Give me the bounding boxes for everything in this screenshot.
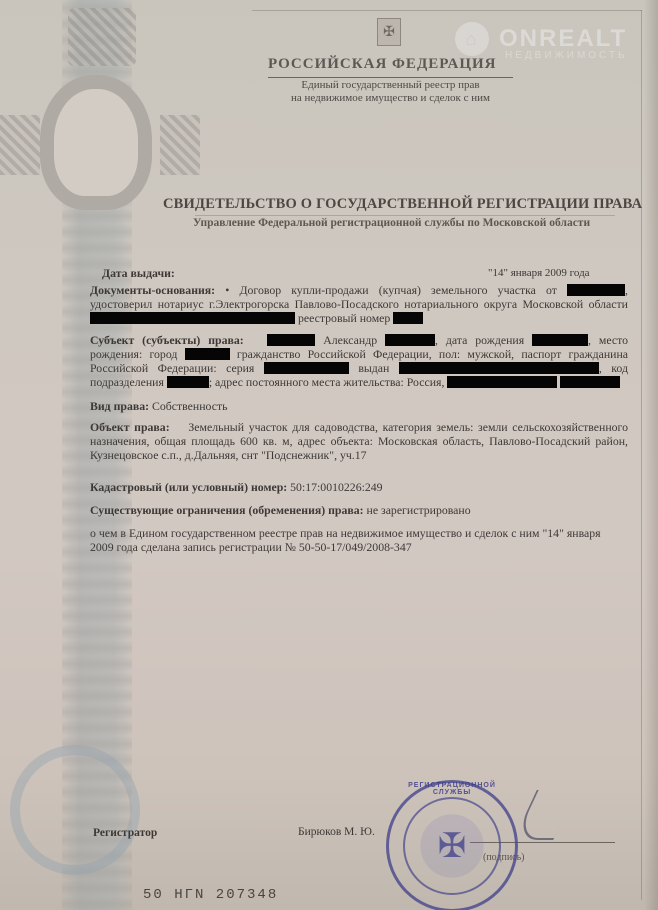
ornament-cartouche <box>40 75 152 210</box>
object-label: Объект права: <box>90 420 170 434</box>
subject-name: Александр <box>323 333 377 347</box>
redacted-block <box>393 312 423 324</box>
record-row: о чем в Едином государственном реестре п… <box>90 526 610 554</box>
frame-top-line <box>252 10 642 11</box>
right-type-value: Собственность <box>152 399 228 413</box>
documents-row: Документы-основания: • Договор купли-про… <box>90 283 628 326</box>
redacted-block <box>567 284 625 296</box>
redacted-block <box>185 348 230 360</box>
registry-line-2: на недвижимое имущество и сделок с ним <box>268 92 513 105</box>
cadastral-row: Кадастровый (или условный) номер: 50:17:… <box>90 480 628 494</box>
handwritten-signature <box>513 790 576 840</box>
record-text: о чем в Едином государственном реестре п… <box>90 526 601 554</box>
right-type-row: Вид права: Собственность <box>90 399 628 413</box>
registrar-label: Регистратор <box>93 827 157 839</box>
eagle-seal-icon: ✠ <box>438 826 467 866</box>
issue-date-value: "14" января 2009 года <box>488 266 590 280</box>
object-row: Объект права: Земельный участок для садо… <box>90 420 628 463</box>
redacted-block <box>560 376 620 388</box>
watermark-brand: ONREALT <box>499 25 627 53</box>
documents-text-4: реестровый номер <box>298 311 390 325</box>
encumbrance-value: не зарегистрировано <box>367 503 471 517</box>
ornament-right <box>160 115 200 175</box>
object-value: Земельный участок для садоводства, катег… <box>90 420 628 462</box>
house-drop-icon: ⌂ <box>455 22 489 56</box>
issue-date-row: Дата выдачи: "14" января 2009 года <box>90 266 628 280</box>
subject-issued-by: выдан <box>358 361 389 375</box>
stamp-text: РЕГИСТРАЦИОННОЙ СЛУЖБЫ <box>389 782 515 796</box>
redacted-block <box>385 334 435 346</box>
double-headed-eagle-icon: ✠ <box>377 18 401 46</box>
ornament-crown <box>68 8 136 66</box>
country-title: РОССИЙСКАЯ ФЕДЕРАЦИЯ <box>268 56 497 73</box>
subject-label: Субъект (субъекты) права: <box>90 333 244 347</box>
certificate-divider <box>195 215 615 216</box>
documents-text-1: • Договор купли-продажи (купчая) земельн… <box>225 283 557 297</box>
encumbrance-label: Существующие ограничения (обременения) п… <box>90 503 364 517</box>
serial-number: 50 НГN 207348 <box>143 887 278 903</box>
frame-right-line <box>641 10 642 900</box>
documents-text-3: области <box>589 297 628 311</box>
ornament-bottom-ring <box>10 745 140 875</box>
right-type-label: Вид права: <box>90 399 149 413</box>
redacted-block <box>399 362 599 374</box>
issue-date-label: Дата выдачи: <box>102 266 175 280</box>
encumbrance-row: Существующие ограничения (обременения) п… <box>90 503 628 517</box>
redacted-block <box>532 334 588 346</box>
stamp-inner-ring: ✠ <box>403 797 501 895</box>
certificate-issuer: Управление Федеральной регистрационной с… <box>193 217 590 229</box>
redacted-block <box>167 376 209 388</box>
official-stamp: РЕГИСТРАЦИОННОЙ СЛУЖБЫ ✠ <box>386 780 518 910</box>
redacted-block <box>264 362 349 374</box>
redacted-block <box>90 312 295 324</box>
subject-address: ; адрес постоянного места жительства: Ро… <box>209 375 445 389</box>
certificate-title: СВИДЕТЕЛЬСТВО О ГОСУДАРСТВЕННОЙ РЕГИСТРА… <box>163 196 642 213</box>
country-divider <box>268 77 513 78</box>
paper-edge <box>644 0 658 910</box>
watermark-tagline: НЕДВИЖИМОСТЬ <box>505 50 628 61</box>
subject-row: Субъект (субъекты) права: Александр , да… <box>90 333 628 390</box>
redacted-block <box>447 376 557 388</box>
documents-text-2: удостоверил нотариус г.Электрогорска Пав… <box>90 297 583 311</box>
ornament-left <box>0 115 40 175</box>
registrar-name: Бирюков М. Ю. <box>298 826 375 838</box>
cadastral-label: Кадастровый (или условный) номер: <box>90 480 287 494</box>
redacted-block <box>267 334 315 346</box>
registry-name: Единый государственный реестр прав на не… <box>268 79 513 105</box>
registry-line-1: Единый государственный реестр прав <box>268 79 513 92</box>
cadastral-value: 50:17:0010226:249 <box>290 480 382 494</box>
documents-label: Документы-основания: <box>90 283 215 297</box>
subject-birthdate-label: дата рождения <box>446 333 524 347</box>
certificate-body: Дата выдачи: "14" января 2009 года Докум… <box>90 266 628 554</box>
